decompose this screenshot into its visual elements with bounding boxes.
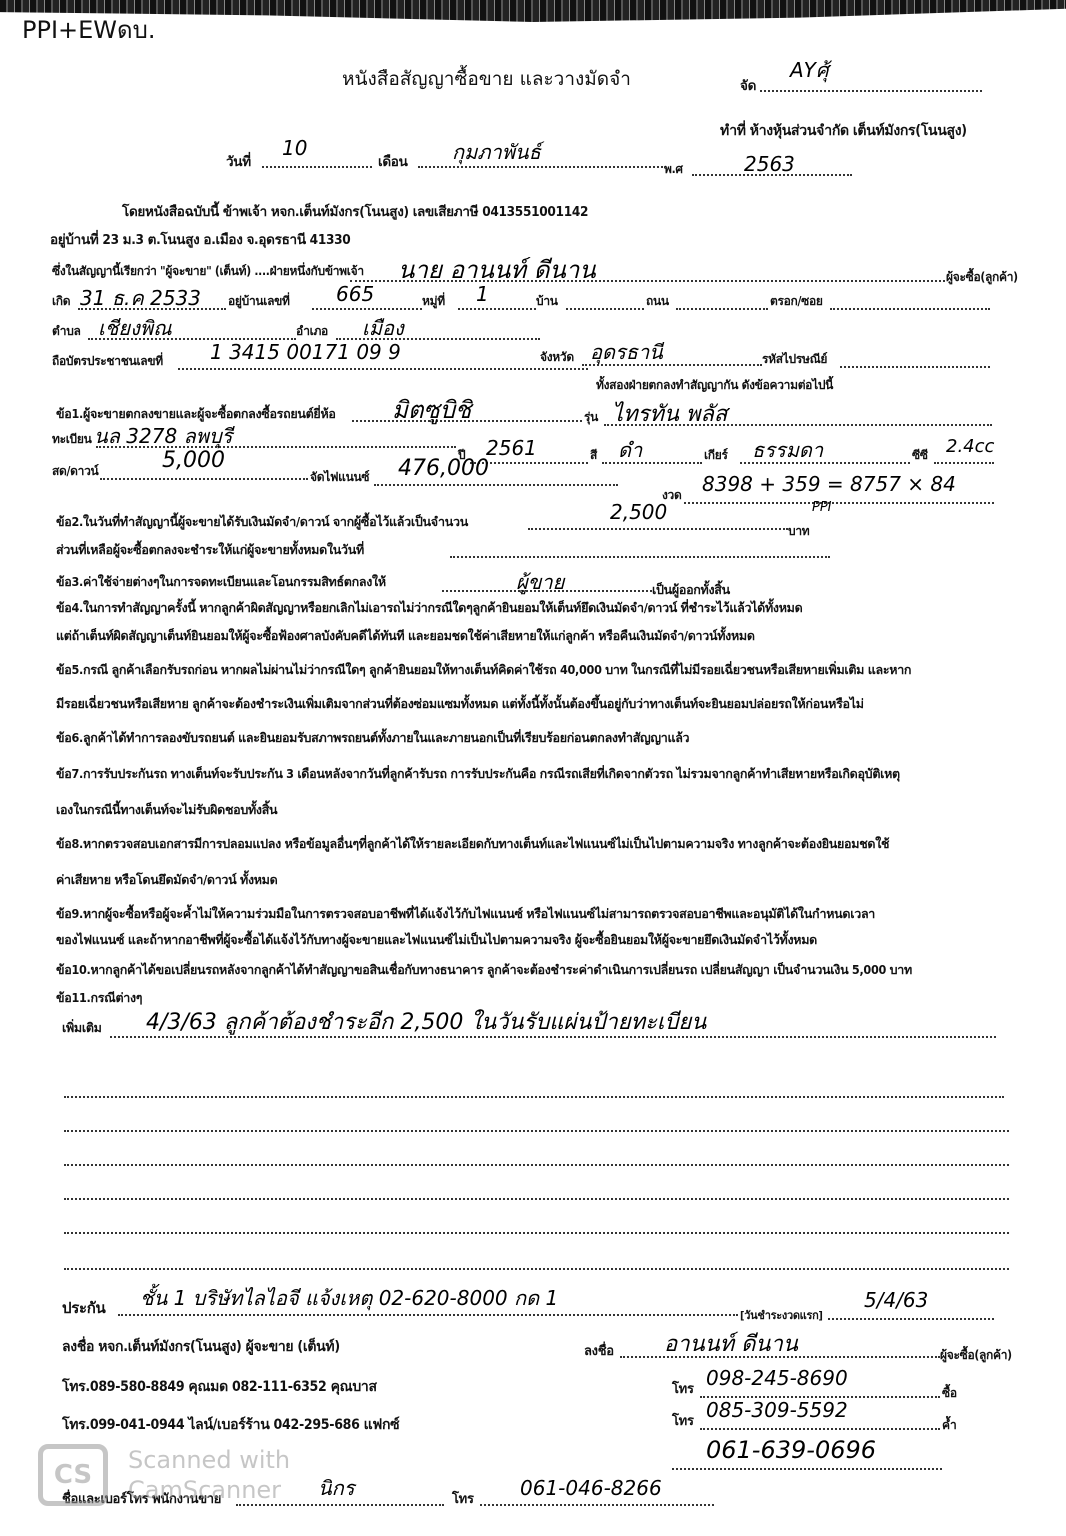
clause-7-line-2: เองในกรณีนี้ทางเต็นท์จะไม่รับผิดชอบทั้งส… — [56, 800, 277, 820]
buyer-label: ผู้จะซื้อ(ลูกค้า) — [946, 268, 1018, 287]
arranged-label: จัด — [740, 74, 756, 96]
scan-edge-shadow — [0, 0, 1066, 22]
clause-11: ข้อ11.กรณีต่างๆ — [56, 988, 142, 1008]
seller-phone-2: โทร.099-041-0944 ไลน์/เบอร์ร้าน 042-295-… — [62, 1414, 399, 1436]
seller-called: ซึ่งในสัญญานี้เรียกว่า "ผู้จะขาย" (เต็นท… — [52, 262, 364, 281]
agree-text: ทั้งสองฝ่ายตกลงทำสัญญากัน ดังข้อความต่อไ… — [596, 376, 833, 395]
cc-label: ซีซี — [912, 446, 928, 465]
watermark-line-2: CamScanner — [128, 1475, 290, 1505]
month-label: เดือน — [378, 150, 408, 172]
color-value[interactable]: ดำ — [618, 434, 642, 466]
seller-phone-1: โทร.089-580-8849 คุณมด 082-111-6352 คุณบ… — [62, 1376, 377, 1398]
clause-8-line-1: ข้อ8.หากตรวจสอบเอกสารมีการปลอมแปลง หรือข… — [56, 834, 889, 854]
vehicle-year-value[interactable]: 2561 — [486, 436, 537, 460]
clause-2: ข้อ2.ในวันที่ทำสัญญานี้ผู้จะขายได้รับเงิ… — [56, 512, 468, 532]
page-title: หนังสือสัญญาซื้อขาย และวางมัดจำ — [342, 64, 631, 94]
buyer-name[interactable]: นาย อานนท์ ดีนาน — [398, 250, 596, 289]
handwritten-note: PPI+EWดบ. — [22, 10, 155, 49]
clause-9-line-2: ของไฟแนนซ์ และถ้าหากอาชีพที่ผู้จะซื้อได้… — [56, 930, 817, 950]
gear-label: เกียร์ — [704, 446, 728, 465]
extra-label: เพิ่มเติม — [62, 1018, 102, 1038]
camscanner-watermark: CS Scanned with CamScanner — [38, 1444, 290, 1506]
model-value[interactable]: ไทรทัน พลัส — [612, 396, 727, 431]
finance-value[interactable]: 476,000 — [398, 456, 489, 481]
village-label: บ้าน — [536, 292, 558, 311]
clause-8-line-2: ค่าเสียหาย หรือโดนยึดมัดจำ/ดาวน์ ทั้งหมด — [56, 870, 277, 890]
installment-note: PPI — [812, 500, 832, 515]
id-label: ถือบัตรประชาชนเลขที่ — [52, 352, 163, 371]
guarantor-phone[interactable]: 085-309-5592 — [706, 1398, 848, 1422]
house-no-label: อยู่บ้านเลขที่ — [228, 292, 290, 311]
color-label: สี — [590, 446, 597, 465]
salesperson-phone-label: โทร — [452, 1488, 474, 1509]
clause-10: ข้อ10.หากลูกค้าได้ขอเปลี่ยนรถหลังจากลูกค… — [56, 960, 912, 980]
year-label: พ.ศ — [664, 160, 683, 179]
clause-2-remain: ส่วนที่เหลือผู้จะซื้อตกลงจะชำระให้แก่ผู้… — [56, 540, 364, 560]
guarantor-phone-tag: ค้ำ — [942, 1416, 956, 1435]
down-label: สด/ดาวน์ — [52, 462, 98, 481]
clause-5-line-2: มีรอยเฉี่ยวชนหรือเสียหาย ลูกค้าจะต้องชำร… — [56, 694, 864, 714]
clause-3: ข้อ3.ค่าใช้จ่ายต่างๆในการจดทะเบียนและโอน… — [56, 572, 386, 592]
first-payment-label: [วันชำระงวดแรก] — [740, 1306, 823, 1324]
baht-label: บาท — [788, 522, 809, 541]
extra-value[interactable]: 4/3/63 ลูกค้าต้องชำระอีก 2,500 ในวันรับแ… — [146, 1004, 706, 1039]
brand-value[interactable]: มิตซูบิชิ — [392, 390, 471, 429]
province-label: จังหวัด — [540, 348, 574, 367]
down-value[interactable]: 5,000 — [162, 448, 225, 473]
seller-signature: ลงชื่อ หจก.เต็นท์มังกร(โนนสูง) ผู้จะขาย … — [62, 1336, 340, 1358]
finance-label: จัดไฟแนนซ์ — [310, 468, 369, 487]
buyer-phone-label: โทร — [672, 1378, 694, 1399]
subdistrict-value[interactable]: เชียงพิณ — [98, 312, 172, 344]
clause-9-line-1: ข้อ9.หากผู้จะซื้อหรือผู้จะค้ำไม่ให้ความร… — [56, 904, 875, 924]
born-value[interactable]: 31 ธ.ค 2533 — [80, 282, 201, 314]
born-label: เกิด — [52, 292, 70, 311]
subdistrict-label: ตำบล — [52, 322, 81, 341]
postcode-label: รหัสไปรษณีย์ — [762, 350, 827, 369]
buyer-sign-role: ผู้จะซื้อ(ลูกค้า) — [940, 1346, 1012, 1365]
soi-label: ตรอก/ซอย — [770, 292, 823, 311]
clause-7-line-1: ข้อ7.การรับประกันรถ ทางเต็นท์จะรับประกัน… — [56, 764, 900, 784]
salesperson-name[interactable]: นิกร — [318, 1472, 355, 1504]
road-label: ถนน — [646, 292, 669, 311]
made-at: ทำที่ ห้างหุ้นส่วนจำกัด เต็นท์มังกร(โนนส… — [720, 120, 967, 142]
buyer-sign-label: ลงชื่อ — [584, 1340, 614, 1361]
moo-label: หมู่ที่ — [422, 292, 445, 311]
month-value[interactable]: กุมภาพันธ์ — [452, 136, 541, 168]
gear-value[interactable]: ธรรมดา — [752, 434, 823, 466]
id-value[interactable]: 1 3415 00171 09 9 — [210, 340, 401, 364]
clause-4-line-1: ข้อ4.ในการทำสัญญาครั้งนี้ หากลูกค้าผิดสั… — [56, 598, 802, 618]
watermark-line-1: Scanned with — [128, 1445, 290, 1475]
seller-intro: โดยหนังสือฉบับนี้ ข้าพเจ้า หจก.เต็นท์มัง… — [122, 200, 588, 222]
plate-label: ทะเบียน — [52, 430, 92, 449]
arranged-value: AYศุ้ — [790, 54, 829, 86]
guarantor-phone-label: โทร — [672, 1410, 694, 1431]
seller-address: อยู่บ้านที่ 23 ม.3 ต.โนนสูง อ.เมือง จ.อุ… — [50, 228, 350, 250]
clause-3-value[interactable]: ผู้ขาย — [516, 566, 564, 598]
moo-value[interactable]: 1 — [476, 282, 489, 306]
clause-3-end: เป็นผู้ออกทั้งสิ้น — [652, 580, 730, 600]
clause-6: ข้อ6.ลูกค้าได้ทำการลองขับรถยนต์ และยินยอ… — [56, 728, 689, 748]
model-label: รุ่น — [584, 408, 598, 427]
camscanner-logo-icon: CS — [38, 1444, 108, 1506]
house-no-value[interactable]: 665 — [336, 282, 374, 306]
buyer-phone-tag: ซื้อ — [942, 1384, 957, 1403]
clause-4-line-2: แต่ถ้าเต็นท์ผิดสัญญาเต็นท์ยินยอมให้ผู้จะ… — [56, 626, 755, 646]
province-value[interactable]: อุดรธานี — [590, 336, 663, 368]
cc-value[interactable]: 2.4cc — [946, 436, 994, 457]
extra-phone[interactable]: 061-639-0696 — [706, 1436, 876, 1464]
district-label: อำเภอ — [296, 322, 328, 341]
salesperson-phone[interactable]: 061-046-8266 — [520, 1476, 662, 1500]
day-value[interactable]: 10 — [282, 136, 307, 160]
insurance-label: ประกัน — [62, 1296, 105, 1320]
deposit-amount[interactable]: 2,500 — [610, 500, 667, 524]
buyer-phone[interactable]: 098-245-8690 — [706, 1366, 848, 1390]
clause-5-line-1: ข้อ5.กรณี ลูกค้าเลือกรับรถก่อน หากผลไม่ผ… — [56, 660, 911, 680]
first-payment-value[interactable]: 5/4/63 — [864, 1288, 928, 1312]
buyer-signature[interactable]: อานนท์ ดีนาน — [664, 1326, 798, 1361]
year-value[interactable]: 2563 — [744, 152, 795, 176]
installment-value[interactable]: 8398 + 359 = 8757 × 84 — [702, 472, 956, 496]
insurance-value[interactable]: ชั้น 1 บริษัทไลไอจี แจ้งเหตุ 02-620-8000… — [140, 1282, 558, 1314]
day-label: วันที่ — [226, 150, 251, 172]
